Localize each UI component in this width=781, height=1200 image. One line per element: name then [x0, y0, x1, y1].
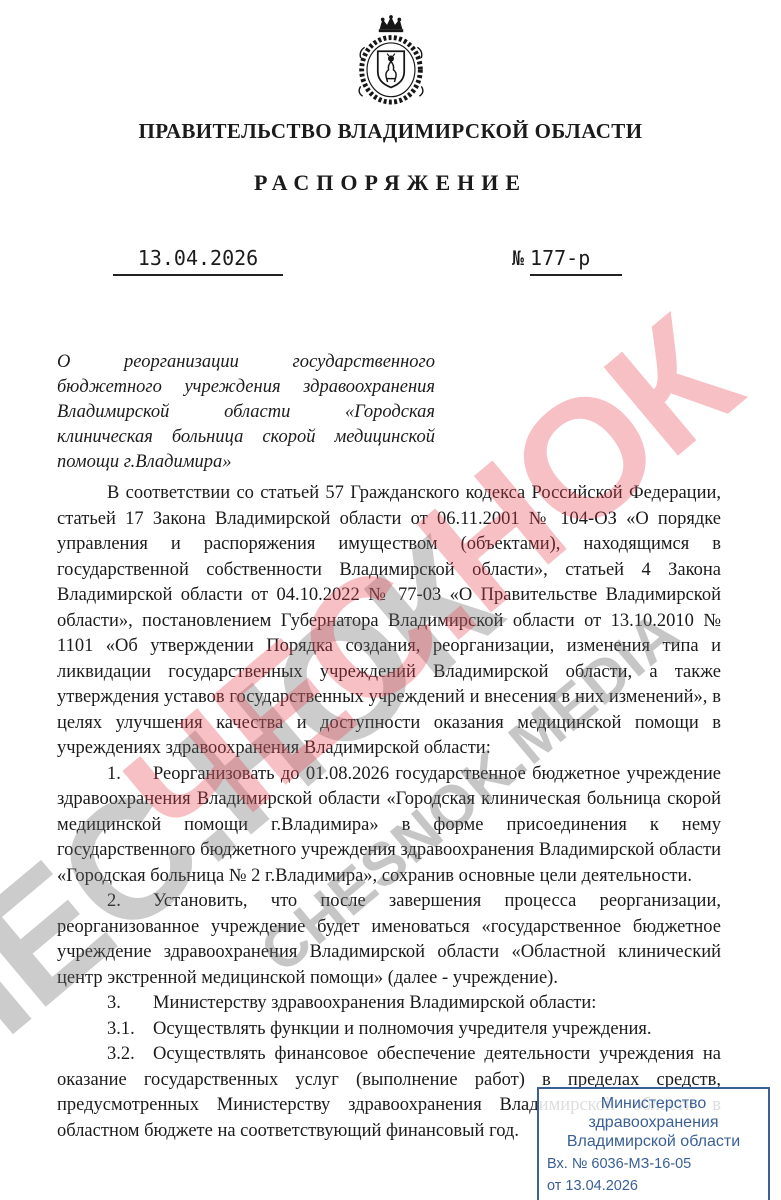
document-type-title: РАСПОРЯЖЕНИЕ [0, 168, 781, 198]
stamp-org-line: здравоохранения [547, 1113, 760, 1132]
item-number: 1. [107, 762, 153, 788]
document-page: ЧЕС.НОК ЧЕС.НОК CHESNOK.MEDIA [0, 0, 781, 1200]
stamp-org-line: Владимирской области [547, 1132, 760, 1151]
order-item-2: 2.Установить, что после завершения проце… [57, 889, 721, 991]
order-item-3: 3.Министерству здравоохранения Владимирс… [57, 991, 721, 1017]
order-item-3-1: 3.1.Осуществлять функции и полномочия уч… [57, 1017, 721, 1043]
stamp-incoming-number: Вх. № 6036-МЗ-16-05 [547, 1155, 760, 1173]
stamp-incoming-date: от 13.04.2026 [547, 1177, 760, 1195]
stamp-org-line: Министерство [547, 1094, 760, 1113]
document-date: 13.04.2026 [113, 246, 283, 276]
organization-name: ПРАВИТЕЛЬСТВО ВЛАДИМИРСКОЙ ОБЛАСТИ [0, 118, 781, 144]
document-subject: О реорганизации государственного бюджетн… [57, 350, 435, 475]
item-number: 3.1. [107, 1017, 153, 1043]
number-sign: № [512, 246, 524, 270]
item-number: 3.2. [107, 1042, 153, 1068]
date-number-row: 13.04.2026 №177-р [0, 246, 781, 278]
document-number: 177-р [530, 246, 622, 276]
item-number: 3. [107, 991, 153, 1017]
item-number: 2. [107, 889, 153, 915]
item-text: Установить, что после завершения процесс… [57, 891, 721, 988]
order-item-1: 1.Реорганизовать до 01.08.2026 государст… [57, 762, 721, 890]
item-text: Министерству здравоохранения Владимирско… [153, 993, 596, 1013]
registration-stamp: Министерство здравоохранения Владимирско… [537, 1087, 770, 1200]
item-text: Реорганизовать до 01.08.2026 государстве… [57, 764, 721, 886]
paragraph-preamble: В соответствии со статьей 57 Гражданског… [57, 481, 721, 762]
coat-of-arms-icon [0, 14, 781, 108]
item-text: Осуществлять функции и полномочия учреди… [153, 1019, 652, 1039]
document-body: В соответствии со статьей 57 Гражданског… [57, 481, 721, 1144]
document-number-group: №177-р [512, 246, 622, 276]
stamp-organization: Министерство здравоохранения Владимирско… [547, 1094, 760, 1151]
